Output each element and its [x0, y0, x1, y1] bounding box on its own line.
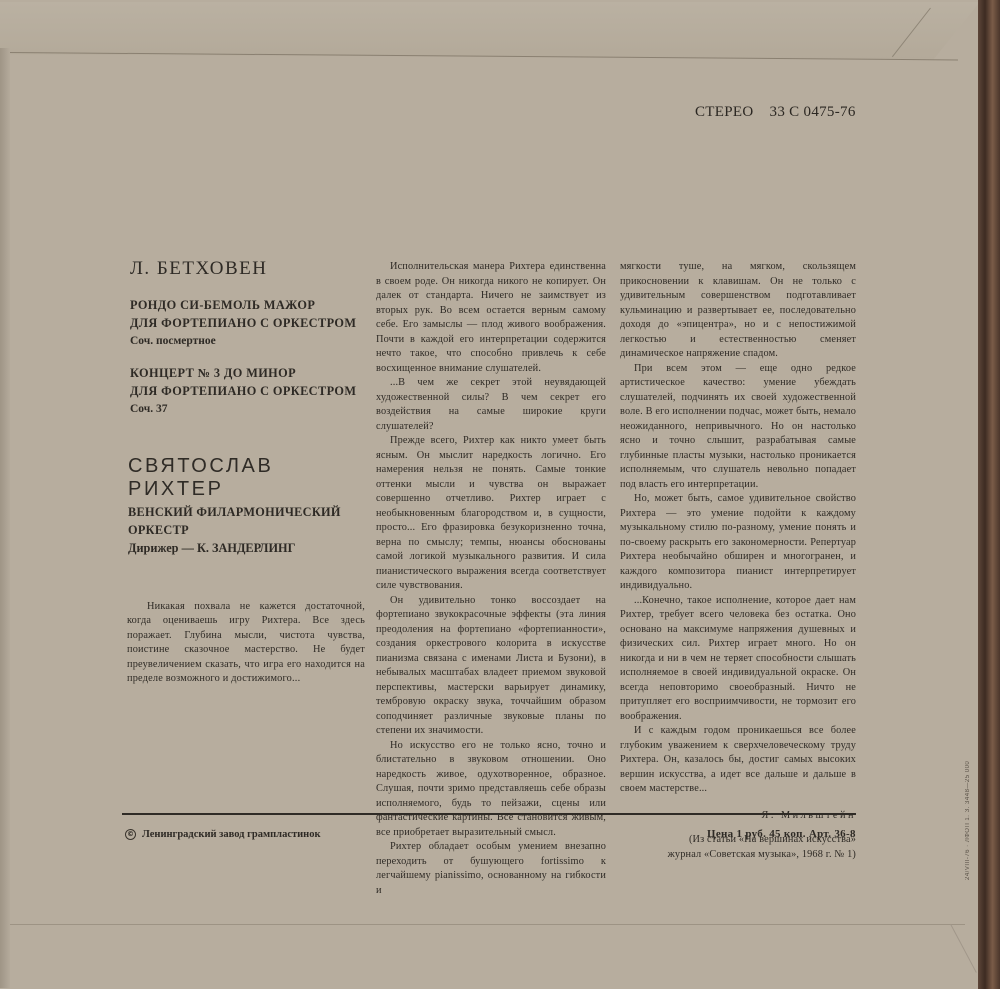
orchestra-name: ВЕНСКИЙ ФИЛАРМОНИЧЕСКИЙ: [128, 503, 373, 521]
price-label: Цена 1 руб. 45 коп. Арт. 36-8: [707, 828, 856, 840]
article-paragraph: И с каждым годом проникаешься все более …: [620, 724, 856, 797]
work-opus: Соч. 37: [130, 400, 365, 418]
work-title-line: РОНДО СИ-БЕМОЛЬ МАЖОР: [130, 296, 365, 314]
article-paragraph: Исполнительская манера Рихтера единствен…: [376, 260, 606, 376]
copyright-icon: ©: [125, 829, 136, 840]
sleeve-left-edge: [0, 48, 10, 988]
program-block: Л. БЕТХОВЕН РОНДО СИ-БЕМОЛЬ МАЖОР ДЛЯ ФО…: [130, 258, 365, 432]
performer-name: СВЯТОСЛАВ РИХТЕР: [128, 455, 373, 501]
background-surface: [975, 0, 1000, 989]
catalog-code: 33 С 0475-76: [770, 104, 856, 120]
printing-code: 24/VIII-76 · ЛФОП 1. З. 3448—25 000: [965, 740, 977, 880]
source-line: журнал «Советская музыка», 1968 г. № 1): [668, 849, 856, 860]
composer-name: Л. БЕТХОВЕН: [130, 258, 365, 280]
pull-quote: Никакая похвала не кажется достаточной, …: [127, 600, 365, 686]
stereo-label: СТЕРЕО: [695, 104, 753, 120]
article-paragraph: Но искусство его не только ясно, точно и…: [376, 739, 606, 841]
article-paragraph: ...Конечно, такое исполнение, которое да…: [620, 594, 856, 725]
article-paragraph: Прежде всего, Рихтер как никто умеет быт…: [376, 434, 606, 594]
article-paragraph: Он удивительно тонко воссоздает на форте…: [376, 594, 606, 739]
work-item: КОНЦЕРТ № 3 ДО МИНОР ДЛЯ ФОРТЕПИАНО С ОР…: [130, 364, 365, 418]
conductor-credit: Дирижер — К. ЗАНДЕРЛИНГ: [128, 539, 373, 557]
work-title-line: КОНЦЕРТ № 3 ДО МИНОР: [130, 364, 365, 382]
article-paragraph: При всем этом — еще одно редкое артистич…: [620, 362, 856, 493]
manufacturer-name: Ленинградский завод грампластинок: [142, 829, 321, 840]
work-item: РОНДО СИ-БЕМОЛЬ МАЖОР ДЛЯ ФОРТЕПИАНО С О…: [130, 296, 365, 350]
performer-block: СВЯТОСЛАВ РИХТЕР ВЕНСКИЙ ФИЛАРМОНИЧЕСКИЙ…: [128, 455, 373, 557]
article-paragraph: мягкости туше, на мягком, скользящем при…: [620, 260, 856, 362]
article-column-right: мягкости туше, на мягком, скользящем при…: [620, 260, 856, 862]
article-paragraph: Рихтер обладает особым умением внезапно …: [376, 840, 606, 898]
catalog-number: СТЕРЕО 33 С 0475-76: [695, 104, 868, 121]
article-paragraph: Но, может быть, самое удивительное свойс…: [620, 492, 856, 594]
article-column-middle: Исполнительская манера Рихтера единствен…: [376, 260, 606, 898]
footer-divider: [122, 813, 856, 815]
work-opus: Соч. посмертное: [130, 332, 365, 350]
record-sleeve-back: СТЕРЕО 33 С 0475-76 Л. БЕТХОВЕН РОНДО СИ…: [0, 0, 978, 989]
work-title-line: ДЛЯ ФОРТЕПИАНО С ОРКЕСТРОМ: [130, 382, 365, 400]
sleeve-top-flap: [0, 2, 978, 60]
bottom-flap-seam: [10, 924, 965, 925]
bottom-flap-corner: [950, 924, 977, 973]
manufacturer-credit: © Ленинградский завод грампластинок: [125, 829, 321, 840]
work-title-line: ДЛЯ ФОРТЕПИАНО С ОРКЕСТРОМ: [130, 314, 365, 332]
article-paragraph: ...В чем же секрет этой неувядающей худо…: [376, 376, 606, 434]
article-author: Я. Мильштейн: [620, 809, 856, 824]
orchestra-name: ОРКЕСТР: [128, 521, 373, 539]
